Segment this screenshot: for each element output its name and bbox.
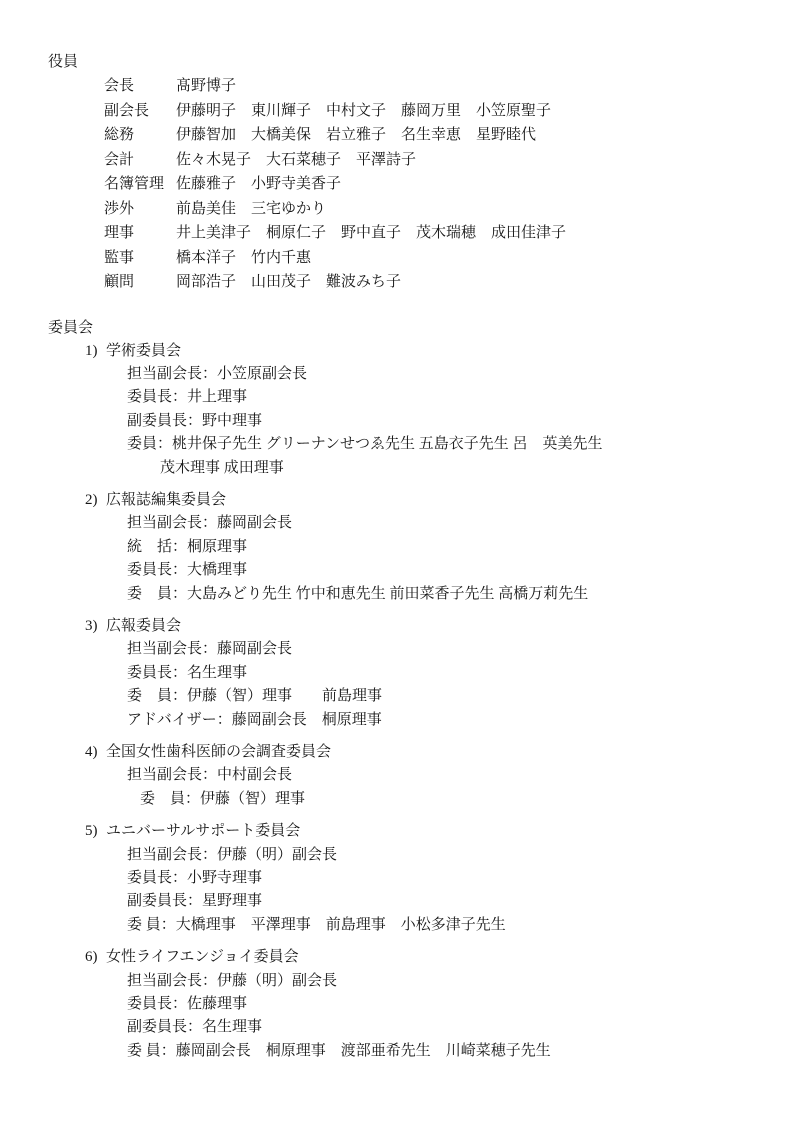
committee-detail-line: 委 員：伊藤（智）理事 <box>140 788 764 811</box>
committee-block: 5)ユニバーサルサポート委員会担当副会長：伊藤（明）副会長委員長：小野寺理事副委… <box>48 820 764 937</box>
committee-detail-line: 担当副会長：藤岡副会長 <box>127 512 764 535</box>
committee-detail-line: 委員長：小野寺理事 <box>127 867 764 890</box>
committee-detail-line: 委員：桃井保子先生 グリーナンせつゑ先生 五島衣子先生 呂 英美先生 <box>127 433 764 456</box>
committee-block: 6)女性ライフエンジョイ委員会担当副会長：伊藤（明）副会長委員長：佐藤理事副委員… <box>48 946 764 1063</box>
officers-list: 会長髙野博子副会長伊藤明子 東川輝子 中村文子 藤岡万里 小笠原聖子総務伊藤智加… <box>48 74 764 295</box>
committee-detail-line: 委員長：佐藤理事 <box>127 993 764 1016</box>
committee-title: 女性ライフエンジョイ委員会 <box>106 949 299 965</box>
committee-number: 4) <box>85 741 106 764</box>
officer-names: 井上美津子 桐原仁子 野中直子 茂木瑞穂 成田佳津子 <box>176 225 566 241</box>
committee-heading: 2)広報誌編集委員会 <box>85 489 764 512</box>
officer-names: 伊藤明子 東川輝子 中村文子 藤岡万里 小笠原聖子 <box>176 103 551 119</box>
officer-row: 理事井上美津子 桐原仁子 野中直子 茂木瑞穂 成田佳津子 <box>104 221 764 246</box>
committee-list: 1)学術委員会担当副会長：小笠原副会長委員長：井上理事副委員長：野中理事委員：桃… <box>48 340 764 1064</box>
committee-number: 5) <box>85 820 106 843</box>
officer-role-label: 名簿管理 <box>104 172 176 197</box>
committee-heading: 6)女性ライフエンジョイ委員会 <box>85 946 764 969</box>
officer-names: 髙野博子 <box>176 78 236 94</box>
officer-row: 副会長伊藤明子 東川輝子 中村文子 藤岡万里 小笠原聖子 <box>104 99 764 124</box>
committee-number: 6) <box>85 946 106 969</box>
committee-detail-line: 副委員長：野中理事 <box>127 410 764 433</box>
officer-row: 顧問岡部浩子 山田茂子 難波みち子 <box>104 270 764 295</box>
document-page: 役員 会長髙野博子副会長伊藤明子 東川輝子 中村文子 藤岡万里 小笠原聖子総務伊… <box>0 0 794 1123</box>
committee-block: 3)広報委員会担当副会長：藤岡副会長委員長：名生理事委 員：伊藤（智）理事 前島… <box>48 615 764 732</box>
committee-detail-line: 副委員長：名生理事 <box>127 1016 764 1039</box>
officer-row: 名簿管理佐藤雅子 小野寺美香子 <box>104 172 764 197</box>
committee-number: 2) <box>85 489 106 512</box>
officer-names: 佐々木晃子 大石菜穂子 平澤詩子 <box>176 152 416 168</box>
officer-role-label: 総務 <box>104 123 176 148</box>
officer-role-label: 理事 <box>104 221 176 246</box>
committee-detail-line: 副委員長：星野理事 <box>127 890 764 913</box>
officers-heading: 役員 <box>48 50 764 74</box>
officer-names: 前島美佳 三宅ゆかり <box>176 201 326 217</box>
officer-names: 伊藤智加 大橋美保 岩立雅子 名生幸恵 星野睦代 <box>176 127 536 143</box>
committee-title: ユニバーサルサポート委員会 <box>106 823 300 839</box>
committee-block: 4)全国女性歯科医師の会調査委員会担当副会長：中村副会長委 員：伊藤（智）理事 <box>48 741 764 811</box>
committee-title: 全国女性歯科医師の会調査委員会 <box>106 744 331 760</box>
officer-role-label: 監事 <box>104 246 176 271</box>
committee-detail-line: 委員長：井上理事 <box>127 386 764 409</box>
officer-role-label: 顧問 <box>104 270 176 295</box>
officer-role-label: 会長 <box>104 74 176 99</box>
committee-title: 学術委員会 <box>106 343 181 359</box>
committee-detail-line: 担当副会長：伊藤（明）副会長 <box>127 970 764 993</box>
officer-role-label: 渉外 <box>104 197 176 222</box>
committee-detail-line: 委 員：大橋理事 平澤理事 前島理事 小松多津子先生 <box>127 914 764 937</box>
committee-detail-line: 委員長：大橋理事 <box>127 559 764 582</box>
committee-heading: 4)全国女性歯科医師の会調査委員会 <box>85 741 764 764</box>
committee-detail-line: 担当副会長：小笠原副会長 <box>127 363 764 386</box>
officers-section: 役員 会長髙野博子副会長伊藤明子 東川輝子 中村文子 藤岡万里 小笠原聖子総務伊… <box>48 50 764 295</box>
committee-detail-line: 担当副会長：伊藤（明）副会長 <box>127 844 764 867</box>
officer-role-label: 副会長 <box>104 99 176 124</box>
officer-row: 会長髙野博子 <box>104 74 764 99</box>
committee-title: 広報委員会 <box>106 618 181 634</box>
committee-block: 1)学術委員会担当副会長：小笠原副会長委員長：井上理事副委員長：野中理事委員：桃… <box>48 340 764 480</box>
committees-heading: 委員会 <box>48 316 764 340</box>
committee-title: 広報誌編集委員会 <box>106 492 226 508</box>
committee-detail-line: 担当副会長：藤岡副会長 <box>127 638 764 661</box>
officer-row: 総務伊藤智加 大橋美保 岩立雅子 名生幸恵 星野睦代 <box>104 123 764 148</box>
officer-names: 佐藤雅子 小野寺美香子 <box>176 176 341 192</box>
officer-row: 渉外前島美佳 三宅ゆかり <box>104 197 764 222</box>
committee-detail-line: アドバイザー：藤岡副会長 桐原理事 <box>127 709 764 732</box>
committee-detail-line: 担当副会長：中村副会長 <box>127 764 764 787</box>
committee-detail-line: 委 員：伊藤（智）理事 前島理事 <box>127 685 764 708</box>
committee-number: 3) <box>85 615 106 638</box>
committee-heading: 5)ユニバーサルサポート委員会 <box>85 820 764 843</box>
committee-block: 2)広報誌編集委員会担当副会長：藤岡副会長統 括：桐原理事委員長：大橋理事委 員… <box>48 489 764 606</box>
officer-names: 橋本洋子 竹内千惠 <box>176 250 311 266</box>
committee-heading: 3)広報委員会 <box>85 615 764 638</box>
committee-detail-line: 委 員：藤岡副会長 桐原理事 渡部亜希先生 川崎菜穂子先生 <box>127 1040 764 1063</box>
officer-role-label: 会計 <box>104 148 176 173</box>
committees-section: 委員会 1)学術委員会担当副会長：小笠原副会長委員長：井上理事副委員長：野中理事… <box>48 316 764 1064</box>
committee-detail-line: 委 員：大島みどり先生 竹中和恵先生 前田菜香子先生 高橋万莉先生 <box>127 583 764 606</box>
officer-row: 会計佐々木晃子 大石菜穂子 平澤詩子 <box>104 148 764 173</box>
committee-heading: 1)学術委員会 <box>85 340 764 363</box>
committee-detail-line: 統 括：桐原理事 <box>127 536 764 559</box>
officer-names: 岡部浩子 山田茂子 難波みち子 <box>176 274 401 290</box>
committee-detail-line: 委員長：名生理事 <box>127 662 764 685</box>
committee-number: 1) <box>85 340 106 363</box>
committee-detail-line: 茂木理事 成田理事 <box>160 457 764 480</box>
officer-row: 監事橋本洋子 竹内千惠 <box>104 246 764 271</box>
